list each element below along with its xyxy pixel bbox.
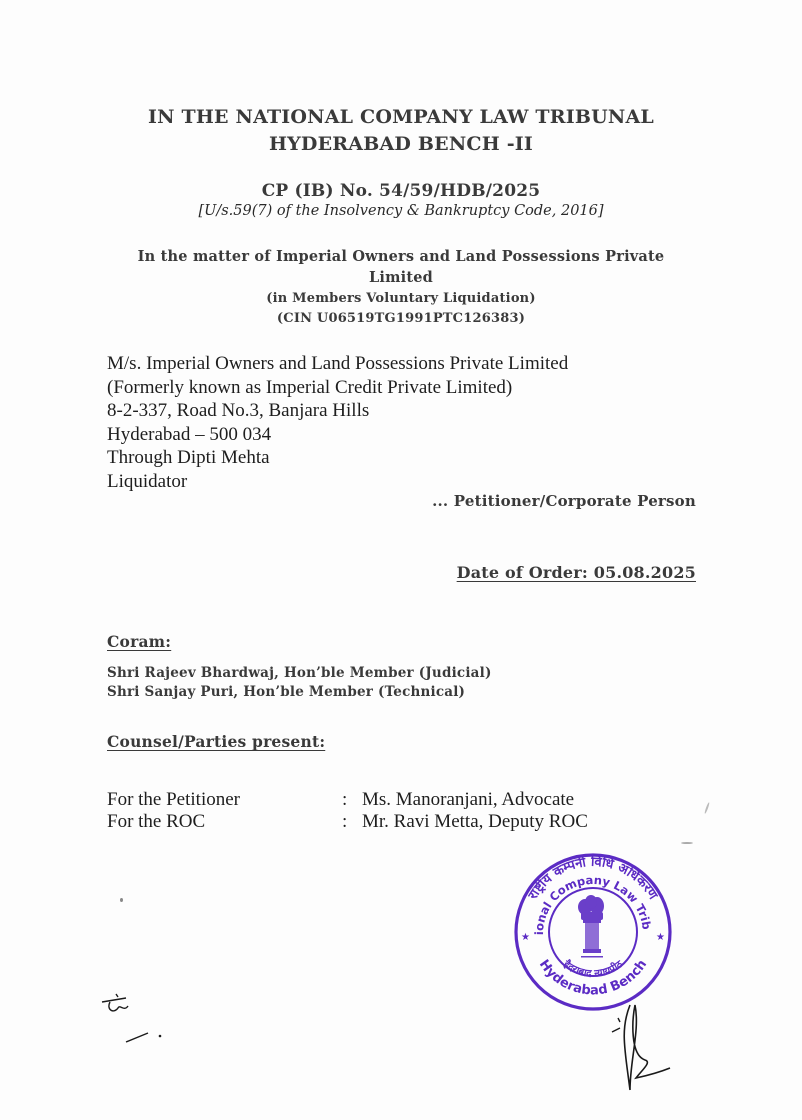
petitioner-address: M/s. Imperial Owners and Land Possession… (107, 352, 568, 493)
party-label: For the ROC (107, 811, 205, 832)
address-line: M/s. Imperial Owners and Land Possession… (107, 352, 568, 376)
address-line: Liquidator (107, 470, 568, 494)
date-of-order: Date of Order: 05.08.2025 (457, 563, 696, 582)
counsel-row-roc: For the ROC (107, 810, 205, 833)
star-icon: ★ (656, 932, 665, 943)
coram-heading: Coram: (107, 632, 171, 651)
counsel-separator: : (342, 810, 347, 833)
document-page: IN THE NATIONAL COMPANY LAW TRIBUNAL HYD… (0, 0, 802, 1120)
tribunal-seal-stamp: राष्ट्रीय कम्पनी विधि अधिकरण National Co… (513, 852, 673, 1012)
court-title: IN THE NATIONAL COMPANY LAW TRIBUNAL (0, 104, 802, 130)
matter-line-1: In the matter of Imperial Owners and Lan… (0, 247, 802, 267)
matter-line-2: Limited (0, 268, 802, 288)
stamp-text-hindi-bottom: हैदराबाद न्यायपीठ (560, 957, 626, 980)
cin-number: (CIN U06519TG1991PTC126383) (0, 309, 802, 329)
scan-speck (120, 898, 123, 902)
counsel-separator: : (342, 788, 347, 811)
bench-title: HYDERABAD BENCH -II (0, 131, 802, 157)
counsel-name: Mr. Ravi Metta, Deputy ROC (362, 810, 588, 833)
counsel-heading: Counsel/Parties present: (107, 732, 325, 751)
address-line: Hyderabad – 500 034 (107, 423, 568, 447)
signature-member (600, 1000, 680, 1100)
coram-member-judicial: Shri Rajeev Bhardwaj, Hon’ble Member (Ju… (107, 664, 492, 683)
coram-member-technical: Shri Sanjay Puri, Hon’ble Member (Techni… (107, 683, 465, 702)
statute-reference: [U/s.59(7) of the Insolvency & Bankruptc… (0, 203, 802, 219)
party-label: For the Petitioner (107, 789, 240, 810)
counsel-row-petitioner: For the Petitioner (107, 788, 240, 811)
scan-speck (704, 802, 710, 814)
star-icon: ★ (521, 932, 530, 943)
ashoka-emblem-icon (578, 895, 604, 958)
case-number: CP (IB) No. 54/59/HDB/2025 (0, 181, 802, 201)
liquidation-status: (in Members Voluntary Liquidation) (0, 289, 802, 309)
signature-initial (98, 988, 178, 1048)
address-line: (Formerly known as Imperial Credit Priva… (107, 376, 568, 400)
scan-speck (681, 842, 693, 844)
petitioner-role: ... Petitioner/Corporate Person (432, 492, 696, 510)
address-line: 8-2-337, Road No.3, Banjara Hills (107, 399, 568, 423)
counsel-name: Ms. Manoranjani, Advocate (362, 788, 574, 811)
address-line: Through Dipti Mehta (107, 446, 568, 470)
